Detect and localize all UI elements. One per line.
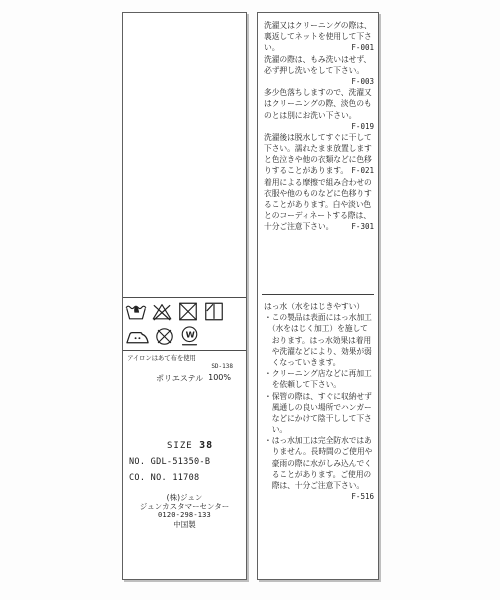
no-tumble-dry-icon [177,301,199,322]
dry-in-shade-icon [203,301,225,322]
care-text-line: 洗濯又はクリーニングの際は、 [264,20,374,31]
size-label: SIZE [167,441,193,451]
care-text-line: F-019 [264,121,374,132]
care-text-line: 際は、十分ご注意下さい。 [264,480,374,491]
line-text: 際は、十分ご注意下さい。 [264,480,364,491]
washing-precautions-text: 洗濯又はクリーニングの際は、 裏返してネットを使用して下さ い。 F-001 洗… [264,20,374,233]
line-text: 洗濯の際は、もみ洗いはせず、 [264,54,371,65]
iron-pressing-cloth-note: アイロンはあて布を使用 [123,353,246,362]
care-text-line: はっ水（水をはじきやすい） [264,301,374,312]
care-text-line: 下さい。濡れたまま放置します [264,143,374,154]
handwash-icon [125,301,147,322]
line-text: りすることがあります。 [264,165,348,176]
line-f-code: F-301 [351,221,374,232]
care-text-line: 衣服や他のものなどに色移りす [264,188,374,199]
size-line: SIZE 38 [123,440,246,451]
line-text: りません。長時間のご使用や [264,446,372,457]
care-text-line: りすることがあります。 F-021 [264,165,374,176]
line-text: はクリーニングの際、淡色のも [264,98,372,109]
line-text: い。 [264,424,287,435]
line-text: 下さい。濡れたまま放置します [264,143,372,154]
care-text-line: い。 F-001 [264,42,374,53]
care-label-sheet: W アイロンはあて布を使用 SD-138 ポリエステル 100% SIZE 38… [0,0,500,600]
product-id-block: SIZE 38 NO. GDL-51350-B CO. NO. 11708 (株… [123,440,246,529]
care-text-line: などにかけて陰干しして下さ [264,413,374,424]
line-text: 多少色落ちしますので、洗濯又 [264,87,372,98]
line-text: ・クリーニング店などに再加工 [264,368,372,379]
maker-info-block: (株)ジュン ジュンカスタマーセンター 0120-298-133 中国製 [123,493,246,529]
care-text-line: 洗濯後は脱水してすぐに干して [264,132,374,143]
care-text-line: ・はっ水加工は完全防水ではあ [264,435,374,446]
line-f-code: F-003 [351,76,374,87]
customer-center: ジュンカスタマーセンター [123,502,246,511]
care-text-line: 裏返してネットを使用して下さ [264,31,374,42]
care-text-line: ることがあります。白や淡い色 [264,199,374,210]
care-symbols-row-2: W [125,325,246,347]
svg-text:W: W [186,329,195,339]
line-text: おります。はっ水効果は着用 [264,335,371,346]
line-text: や洗濯などにより、効果が弱 [264,346,372,357]
care-text-line: F-516 [264,491,374,502]
care-text-line: くなっていきます。 [264,357,374,368]
product-number: NO. GDL-51350-B [123,457,246,467]
line-text: 裏返してネットを使用して下さ [264,31,372,42]
line-text: い。 [264,42,279,53]
line-text: と色泣きや他の衣類などに色移 [264,154,372,165]
care-symbols-block: W アイロンはあて布を使用 SD-138 ポリエステル 100% [123,297,246,384]
care-text-line: 洗濯の際は、もみ洗いはせず、 [264,54,374,65]
line-f-code: F-516 [351,491,374,502]
line-text: 洗濯又はクリーニングの際は、 [264,20,372,31]
care-text-line: ることがあります。ご使用の [264,469,374,480]
line-text: などにかけて陰干しして下さ [264,413,372,424]
size-value: 38 [199,440,213,451]
line-f-code: F-001 [351,42,374,53]
line-text: ・保管の際は、すぐに収納せず [264,391,372,402]
line-text: とのコーディネートする際は、 [264,210,371,221]
care-text-line: い。 [264,424,374,435]
care-text-line: ・この製品は表面にはっ水加工 [264,312,374,323]
no-bleach-icon [151,301,173,322]
line-text: はっ水（水をはじきやすい） [264,301,364,312]
line-text: ることがあります。ご使用の [264,469,371,480]
care-text-line: や洗濯などにより、効果が弱 [264,346,374,357]
left-care-label-panel: W アイロンはあて布を使用 SD-138 ポリエステル 100% SIZE 38… [122,12,247,580]
material-row: ポリエステル 100% [123,373,246,384]
line-text: 風通しの良い場所でハンガー [264,402,372,413]
care-text-line: 豪雨の際に水がしみ込んでく [264,458,374,469]
line-text: 十分ご注意下さい。 [264,221,333,232]
line-f-code: F-019 [351,121,374,132]
line-text: ・はっ水加工は完全防水ではあ [264,435,372,446]
iron-icon [125,327,150,347]
label-code: SD-138 [123,363,246,370]
care-symbols-rows: W [123,298,246,351]
line-text: 豪雨の際に水がしみ込んでく [264,458,372,469]
right-care-label-panel: 洗濯又はクリーニングの際は、 裏返してネットを使用して下さ い。 F-001 洗… [257,12,379,580]
company-name: (株)ジュン [123,493,246,502]
line-f-code: F-021 [351,165,374,176]
care-text-line: 必ず押し洗いをして下さい。 [264,65,374,76]
care-text-line: と色泣きや他の衣類などに色移 [264,154,374,165]
line-text: くなっていきます。 [264,357,340,368]
care-text-line: を依頼して下さい。 [264,379,374,390]
line-text: 必ず押し洗いをして下さい。 [264,65,364,76]
care-symbols-row-1 [125,301,246,322]
country-of-origin: 中国製 [123,520,246,529]
no-dry-clean-icon [154,326,175,347]
care-text-line: 多少色落ちしますので、洗濯又 [264,87,374,98]
care-text-line: F-003 [264,76,374,87]
line-text: （水をはじく加工）を施して [264,323,368,334]
line-text: を依頼して下さい。 [264,379,341,390]
line-text: 洗濯後は脱水してすぐに干して [264,132,372,143]
line-text: のとは別にお洗い下さい。 [264,110,356,121]
care-text-line: はクリーニングの際、淡色のも [264,98,374,109]
care-text-line: ・保管の際は、すぐに収納せず [264,391,374,402]
line-text: ・この製品は表面にはっ水加工 [264,312,372,323]
care-text-line: ・クリーニング店などに再加工 [264,368,374,379]
care-text-line: 着用による摩擦で組み合わせの [264,177,374,188]
material-name: ポリエステル [156,373,203,384]
line-text: 衣服や他のものなどに色移りす [264,188,372,199]
wet-clean-w-icon: W [179,325,200,347]
line-text: ることがあります。白や淡い色 [264,199,371,210]
care-text-line: （水をはじく加工）を施して [264,323,374,334]
material-percентage: 100% [208,373,231,384]
care-text-line: 十分ご注意下さい。 F-301 [264,221,374,232]
care-text-line: のとは別にお洗い下さい。 [264,110,374,121]
section-divider [262,294,374,295]
co-number: CO. NO. 11708 [123,473,246,483]
care-text-line: りません。長時間のご使用や [264,446,374,457]
water-repellent-text: はっ水（水をはじきやすい） ・この製品は表面にはっ水加工 （水をはじく加工）を施… [264,301,374,502]
care-text-line: おります。はっ水効果は着用 [264,335,374,346]
phone-number: 0120-298-133 [123,511,246,520]
line-text: 着用による摩擦で組み合わせの [264,177,372,188]
care-text-line: 風通しの良い場所でハンガー [264,402,374,413]
care-text-line: とのコーディネートする際は、 [264,210,374,221]
